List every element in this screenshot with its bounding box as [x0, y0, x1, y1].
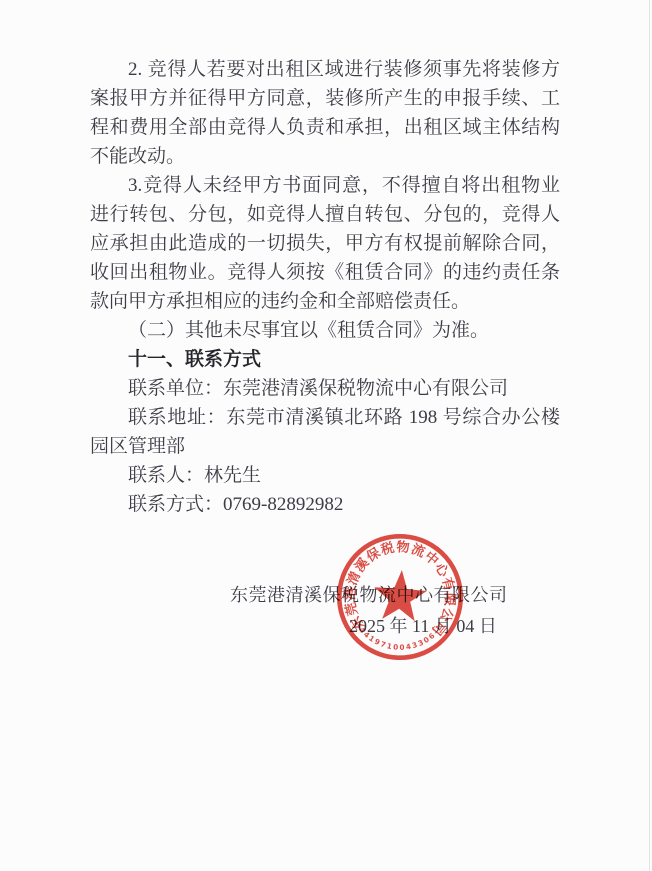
paragraph-renovation-terms: 2. 竞得人若要对出租区域进行装修须事先将装修方案报甲方并征得甲方同意，装修所产…: [90, 55, 560, 171]
scan-edge-artifact: [649, 0, 650, 871]
document-page: 2. 竞得人若要对出租区域进行装修须事先将装修方案报甲方并征得甲方同意，装修所产…: [0, 0, 652, 871]
company-seal: 东莞港清溪保税物流中心有限公司 4419710043306: [330, 527, 471, 668]
seal-star-icon: [372, 568, 428, 622]
contact-person-line: 联系人：林先生: [90, 461, 560, 490]
section-heading-contact: 十一、联系方式: [90, 345, 560, 374]
contact-unit-line: 联系单位：东莞港清溪保税物流中心有限公司: [90, 374, 560, 403]
document-body: 2. 竞得人若要对出租区域进行装修须事先将装修方案报甲方并征得甲方同意，装修所产…: [90, 55, 560, 519]
contact-phone-line: 联系方式：0769-82892982: [90, 490, 560, 519]
paragraph-other-matters: （二）其他未尽事宜以《租赁合同》为准。: [90, 316, 560, 345]
paragraph-subletting-terms: 3.竞得人未经甲方书面同意，不得擅自将出租物业进行转包、分包，如竞得人擅自转包、…: [90, 171, 560, 316]
contact-address-line: 联系地址：东莞市清溪镇北环路 198 号综合办公楼园区管理部: [90, 403, 560, 461]
